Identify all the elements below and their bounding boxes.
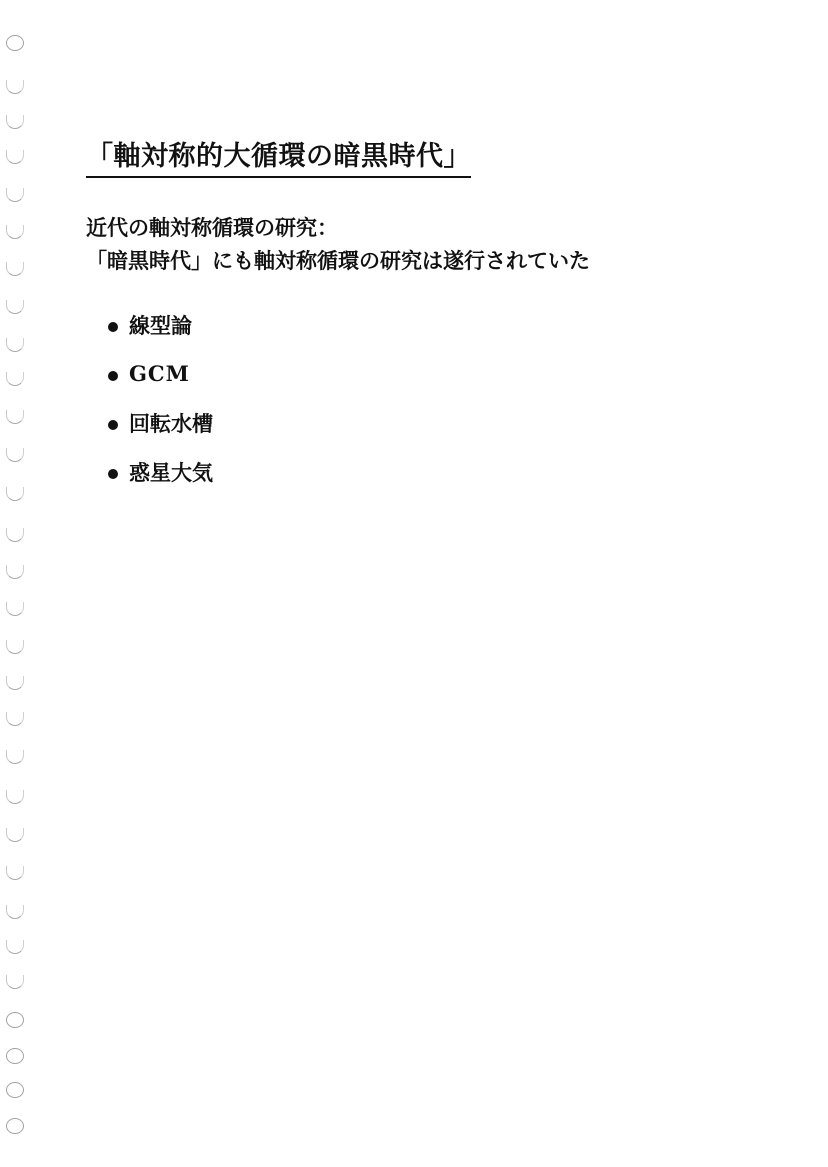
binding-hole-icon <box>6 487 24 501</box>
binding-hole-icon <box>6 410 24 424</box>
bullet-item-planetary-atmospheres: 惑星大気 <box>108 447 213 496</box>
binding-hole-icon <box>6 150 24 164</box>
bullet-icon <box>108 322 118 332</box>
bullet-label: 惑星大気 <box>129 457 213 487</box>
binding-hole-icon <box>6 712 24 726</box>
binding-hole-icon <box>6 80 24 94</box>
binding-hole-icon <box>6 940 24 954</box>
bullet-item-linear-theory: 線型論 <box>108 300 213 349</box>
bullet-item-rotating-tank: 回転水槽 <box>108 398 213 447</box>
binding-hole-icon <box>6 372 24 386</box>
bullet-label: GCM <box>129 361 190 386</box>
binding-hole-icon <box>6 866 24 880</box>
binding-hole-icon <box>6 828 24 842</box>
binding-hole-icon <box>6 262 24 276</box>
binding-hole-icon <box>6 1012 24 1028</box>
bullet-label: 回転水槽 <box>129 408 213 438</box>
binding-hole-icon <box>6 975 24 989</box>
binding-hole-icon <box>6 300 24 314</box>
bullet-label: 線型論 <box>129 310 192 340</box>
binding-hole-icon <box>6 640 24 654</box>
binding-holes <box>6 0 28 1167</box>
binding-hole-icon <box>6 448 24 462</box>
binding-hole-icon <box>6 528 24 542</box>
binding-hole-icon <box>6 1118 24 1134</box>
bullet-icon <box>108 371 118 381</box>
binding-hole-icon <box>6 188 24 202</box>
binding-hole-icon <box>6 602 24 616</box>
binding-hole-icon <box>6 905 24 919</box>
binding-hole-icon <box>6 565 24 579</box>
binding-hole-icon <box>6 1082 24 1098</box>
binding-hole-icon <box>6 225 24 239</box>
page-title: 「軸対称的大循環の暗黒時代」 <box>86 134 471 178</box>
binding-hole-icon <box>6 676 24 690</box>
binding-hole-icon <box>6 115 24 129</box>
subtitle-line-1: 近代の軸対称循環の研究： <box>86 212 338 242</box>
binding-hole-icon <box>6 790 24 804</box>
bullet-icon <box>108 420 118 430</box>
binding-hole-icon <box>6 35 24 51</box>
bullet-item-gcm: GCM <box>108 349 213 398</box>
binding-hole-icon <box>6 750 24 764</box>
subtitle-line-2: 「暗黒時代」にも軸対称循環の研究は遂行されていた <box>86 245 590 275</box>
binding-hole-icon <box>6 1048 24 1064</box>
bullet-icon <box>108 469 118 479</box>
binding-hole-icon <box>6 338 24 352</box>
bullet-list: 線型論 GCM 回転水槽 惑星大気 <box>108 300 213 496</box>
